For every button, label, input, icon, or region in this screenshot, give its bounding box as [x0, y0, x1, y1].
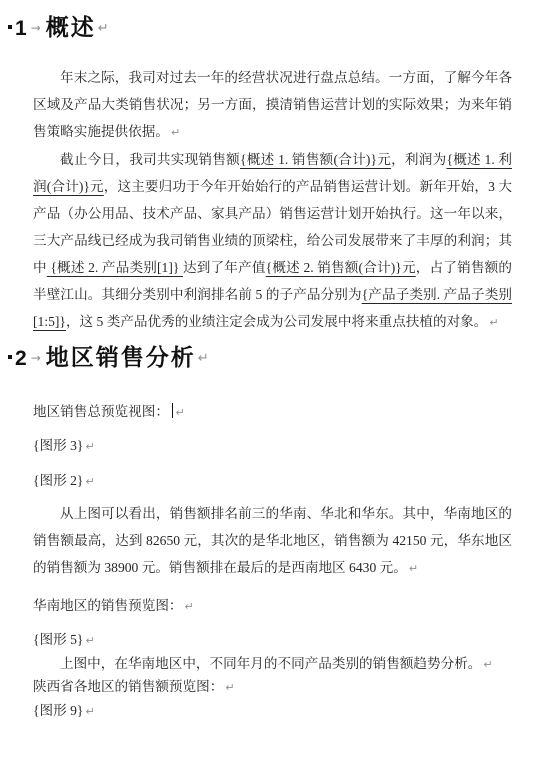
text-cursor: [172, 403, 174, 418]
section-heading-2[interactable]: 2→地区销售分析↵: [8, 342, 512, 374]
heading-number: 1: [15, 17, 28, 40]
text-run: {图形 5}: [33, 632, 83, 647]
paragraph-mark-icon: ↵: [483, 651, 492, 678]
figure-label[interactable]: 地区销售总预览视图：↵: [33, 398, 512, 426]
text-run: ，这 5 类产品优秀的业绩注定会成为公司发展中将来重点扶植的对象。: [66, 314, 487, 329]
tab-mark-icon: →: [31, 351, 41, 365]
template-field: {概述 2. 销售额(合计)}元: [266, 260, 416, 275]
paragraph-mark-icon: ↵: [225, 674, 234, 701]
body-paragraph[interactable]: 年末之际，我司对过去一年的经营状况进行盘点总结。一方面，了解今年各区域及产品大类…: [33, 64, 512, 146]
paragraph-mark-icon: ↵: [85, 433, 94, 460]
paragraph-mark-icon: ↵: [198, 344, 209, 374]
figure-placeholder[interactable]: {图形 2}↵: [33, 467, 512, 495]
text-run: ，利润为: [391, 152, 446, 167]
template-field: {概述 2. 产品类别[1]}: [47, 260, 183, 275]
text-run: 地区销售总预览视图：: [33, 404, 169, 419]
section-heading-1[interactable]: 1→概述↵: [8, 12, 512, 44]
paragraph-mark-icon: ↵: [409, 555, 418, 582]
text-run: 华南地区的销售预览图：: [33, 598, 183, 613]
text-run: {图形 9}: [33, 703, 83, 718]
tab-mark-icon: →: [31, 21, 41, 35]
body-paragraph[interactable]: 从上图可以看出，销售额排名前三的华南、华北和华东。其中，华南地区的销售额最高，达…: [33, 500, 512, 582]
document-page[interactable]: 1→概述↵年末之际，我司对过去一年的经营状况进行盘点总结。一方面，了解今年各区域…: [0, 0, 541, 757]
text-run: 截止今日，我司共实现销售额: [60, 152, 240, 167]
text-run: {图形 2}: [33, 473, 83, 488]
figure-placeholder[interactable]: {图形 9}↵: [33, 697, 512, 725]
text-run: 从上图可以看出，销售额排名前三的华南、华北和华东。其中，华南地区的销售额最高，达…: [33, 506, 512, 575]
paragraph-mark-icon: ↵: [171, 119, 180, 146]
template-field: {概述 1. 销售额(合计)}元: [240, 152, 391, 167]
outline-bullet-icon: [8, 25, 12, 29]
heading-number: 2: [15, 347, 28, 370]
body-paragraph[interactable]: 截止今日，我司共实现销售额{概述 1. 销售额(合计)}元，利润为{概述 1. …: [33, 146, 512, 336]
paragraph-mark-icon: ↵: [85, 468, 94, 495]
figure-label[interactable]: 华南地区的销售预览图：↵: [33, 592, 512, 620]
paragraph-mark-icon: ↵: [185, 593, 194, 620]
heading-text: 地区销售分析: [46, 344, 196, 370]
paragraph-mark-icon: ↵: [489, 309, 498, 336]
text-run: 达到了年产值: [183, 260, 266, 275]
text-run: 年末之际，我司对过去一年的经营状况进行盘点总结。一方面，了解今年各区域及产品大类…: [33, 70, 512, 139]
text-run: {图形 3}: [33, 438, 83, 453]
paragraph-mark-icon: ↵: [98, 14, 109, 44]
text-run: 上图中，在华南地区中，不同年月的不同产品类别的销售额趋势分析。: [60, 656, 481, 671]
heading-text: 概述: [46, 14, 96, 40]
figure-placeholder[interactable]: {图形 3}↵: [33, 432, 512, 460]
outline-bullet-icon: [8, 355, 12, 359]
text-run: 陕西省各地区的销售额预览图：: [33, 679, 223, 694]
paragraph-mark-icon: ↵: [85, 698, 94, 725]
paragraph-mark-icon: ↵: [175, 399, 184, 426]
